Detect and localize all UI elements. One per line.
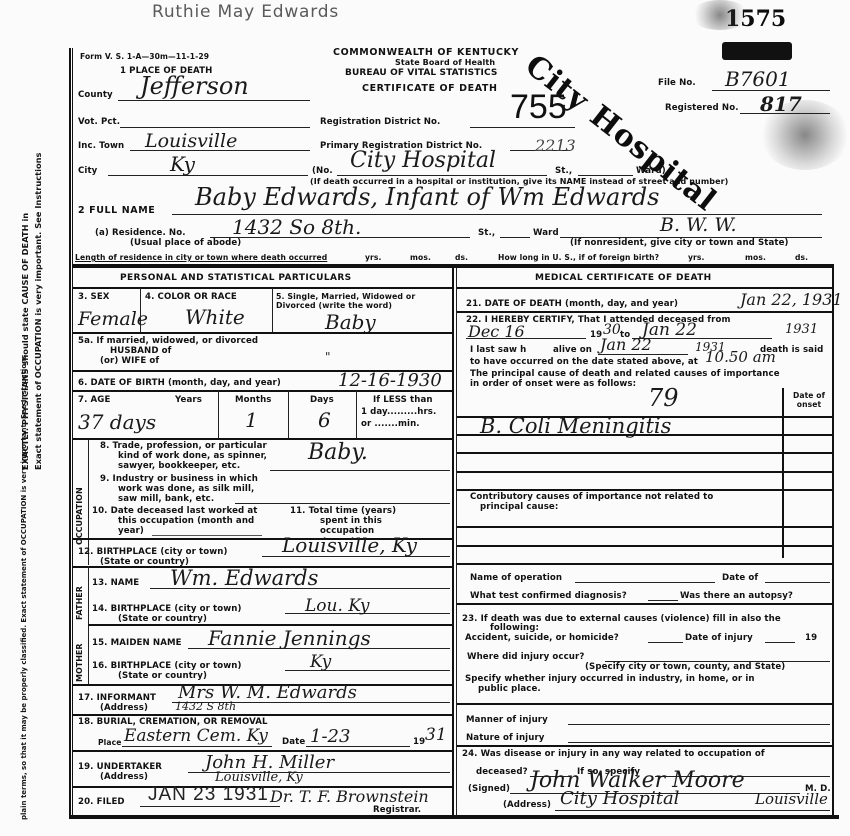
dod-value: Jan 22, 1931 [740, 290, 843, 309]
informant-address: 1432 S 8th [175, 700, 236, 713]
ward-label: Ward) [636, 166, 666, 176]
filed-label: 20. FILED [78, 797, 125, 807]
row-divider-4 [72, 438, 452, 440]
county-label: County [78, 90, 113, 100]
occupation-related-1: 24. Was disease or injury in any way rel… [462, 749, 765, 759]
personal-section-title: PERSONAL AND STATISTICAL PARTICULARS [120, 273, 352, 283]
informant-label: 17. INFORMANT [78, 693, 156, 703]
birthplace-value: Louisville, Ky [282, 533, 417, 557]
specify-label-2: public place. [478, 684, 541, 694]
undertaker-sub: (Address) [100, 772, 148, 782]
file-no-label: File No. [658, 78, 696, 88]
city-value: Ky [170, 152, 195, 176]
dod-label: 21. DATE OF DEATH (month, day, and year) [466, 299, 678, 309]
medical-divider-3 [457, 703, 832, 705]
marital-value: Baby [325, 310, 376, 334]
registered-no-label: Registered No. [665, 103, 739, 113]
no-label: (No. [312, 166, 333, 176]
residence-ward-label: Ward [533, 228, 559, 238]
father-name-label: 13. NAME [92, 578, 139, 588]
spouse-label-2: HUSBAND of [110, 346, 172, 356]
total-time-1: 11. Total time (years) [290, 506, 396, 516]
medical-divider-4 [457, 745, 832, 747]
foreign-yrs: yrs. [688, 253, 705, 262]
certificate-title: CERTIFICATE OF DEATH [362, 83, 498, 94]
contributory-label-2: principal cause: [480, 502, 558, 512]
race-value: White [185, 305, 245, 329]
smudge [690, 0, 750, 30]
registration-district-value: 755 [510, 88, 567, 127]
filed-value: JAN 23 1931 [148, 784, 269, 806]
row-divider-1 [72, 332, 452, 334]
residence-st-line [500, 237, 530, 238]
father-birthplace-value: Lou. Ky [305, 596, 370, 616]
ward-line [578, 175, 633, 176]
frame-left [69, 48, 71, 818]
days-value: 6 [318, 408, 331, 432]
total-time-2: spent in this [320, 516, 382, 526]
cause-line-3 [457, 452, 832, 454]
age-label: 7. AGE [78, 395, 110, 405]
operation-date-label: Date of [722, 573, 758, 583]
length-mos: mos. [410, 253, 431, 262]
manner-label: Manner of injury [466, 715, 548, 725]
length-yrs: yrs. [365, 253, 382, 262]
burial-place-line [122, 746, 272, 747]
no-value: City Hospital [350, 148, 496, 173]
address-line [555, 810, 830, 811]
residence-sub-label: (Usual place of abode) [130, 238, 241, 248]
county-value: Jefferson [140, 72, 249, 100]
marital-label: 5. Single, Married, Widowed or Divorced … [276, 292, 451, 310]
dob-label: 6. DATE OF BIRTH (month, day, and year) [78, 378, 281, 388]
spouse-value: " [325, 350, 331, 364]
industry-label-1: 9. Industry or business in which [100, 474, 258, 484]
accident-line [648, 642, 683, 643]
injury-date-label: Date of injury [685, 633, 753, 643]
contributory-line-1 [457, 526, 832, 528]
manner-line [568, 724, 830, 725]
last-worked-line [152, 535, 262, 536]
test-label: What test confirmed diagnosis? [470, 591, 627, 601]
residence-ward-value: B. W. W. [660, 214, 737, 236]
father-side-label: FATHER [75, 586, 84, 620]
vot-pct-label: Vot. Pct. [78, 117, 120, 127]
trade-value: Baby. [308, 440, 368, 465]
sex-race-divider [140, 288, 141, 332]
address-label: (Address) [503, 800, 551, 810]
registration-district-line [470, 127, 575, 128]
less-label-3: or .......min. [361, 419, 420, 429]
industry-line [235, 503, 450, 504]
days-label: Days [310, 395, 334, 405]
spouse-label-1: 5a. If married, widowed, or divorced [78, 336, 258, 346]
birthplace-label: 12. BIRTHPLACE (city or town) [78, 547, 228, 557]
specify-label-1: Specify whether injury occurred in indus… [465, 674, 755, 684]
from-line [466, 338, 586, 339]
last-saw-value: Jan 22 [600, 335, 652, 354]
mother-side-label: MOTHER [75, 643, 84, 682]
onset-divider [782, 388, 784, 558]
race-label: 4. COLOR OR RACE [145, 292, 237, 302]
external-label-2: following: [490, 623, 539, 633]
cause-line-5 [457, 489, 832, 491]
st-label: St., [555, 166, 572, 176]
burial-year-prefix: 19 [413, 737, 425, 747]
frame-bottom [69, 815, 839, 819]
mother-birthplace-label: 16. BIRTHPLACE (city or town) [92, 661, 242, 671]
length-ds: ds. [455, 253, 468, 262]
address-value: City Hospital [560, 788, 679, 809]
commonwealth-title: COMMONWEALTH OF KENTUCKY [333, 47, 519, 58]
registered-no-value: 817 [760, 92, 802, 116]
file-no-value: B7601 [725, 67, 791, 91]
burial-date-value: 1-23 [310, 726, 350, 747]
redacted-block [722, 42, 792, 60]
accident-label: Accident, suicide, or homicide? [465, 633, 619, 643]
age-value: 37 days [78, 410, 156, 434]
last-worked-3: year) [118, 526, 144, 536]
address-extra: Louisville [755, 790, 828, 808]
length-residence-label: Length of residence in city or town wher… [75, 253, 327, 262]
burial-place-label: Place [98, 738, 121, 747]
informant-sub: (Address) [100, 703, 148, 713]
trade-label-3: sawyer, bookkeeper, etc. [118, 461, 240, 471]
full-name-label: 2 FULL NAME [78, 205, 155, 216]
trade-line [270, 470, 450, 471]
cause-line-2 [457, 434, 832, 436]
age-years-divider [218, 391, 219, 438]
last-worked-1: 10. Date deceased last worked at [92, 506, 257, 516]
full-name-value: Baby Edwards, Infant of Wm Edwards [195, 183, 659, 211]
time-value: 10.50 am [705, 348, 776, 366]
mother-birthplace-sub: (State or country) [118, 671, 207, 681]
primary-district-value: 2213 [535, 136, 576, 155]
no-line [337, 175, 547, 176]
where-label: Where did injury occur? [467, 652, 584, 662]
medical-divider-1 [457, 311, 832, 313]
foreign-ds: ds. [795, 253, 808, 262]
frame-right [832, 268, 834, 815]
registrar-label: Registrar. [373, 805, 421, 815]
vot-pct-line [120, 127, 310, 128]
city-line [108, 175, 308, 176]
residence-st-label: St., [478, 228, 495, 238]
years-label: Years [175, 395, 202, 405]
cause-line-4 [457, 471, 832, 473]
margin-instructions-3: plain terms, so that it may be properly … [20, 355, 28, 820]
last-worked-2: this occupation (month and [118, 516, 254, 526]
mother-birthplace-value: Ky [310, 652, 331, 672]
board-of-health: State Board of Health [395, 58, 495, 67]
operation-line [575, 582, 715, 583]
margin-instructions-2: Exact statement of OCCUPATION is very im… [33, 153, 43, 471]
nature-label: Nature of injury [466, 733, 544, 743]
signed-label: (Signed) [468, 784, 510, 794]
registrar-signature: Dr. T. F. Brownstein [270, 787, 429, 806]
father-birthplace-label: 14. BIRTHPLACE (city or town) [92, 604, 242, 614]
personal-title-divider [72, 287, 452, 289]
less-label-1: If LESS than [373, 395, 433, 405]
bureau-title: BUREAU OF VITAL STATISTICS [345, 68, 497, 78]
undertaker-label: 19. UNDERTAKER [78, 762, 162, 772]
spouse-label-3: (or) WIFE of [100, 356, 159, 366]
injury-year-label: 19 [805, 633, 817, 643]
nature-line [568, 742, 830, 743]
less-label-2: 1 day.........hrs. [361, 407, 436, 417]
occupation-side-label: OCCUPATION [75, 487, 84, 545]
industry-label-3: saw mill, bank, etc. [118, 494, 214, 504]
residence-value: 1432 So 8th. [232, 215, 361, 239]
registration-district-label: Registration District No. [320, 117, 440, 127]
father-birthplace-sub: (State or country) [118, 614, 207, 624]
burial-date-label: Date [282, 737, 305, 747]
last-saw-label: I last saw h [470, 345, 526, 355]
pencil-annotation: Ruthie May Edwards [152, 2, 339, 22]
contributory-line-3 [457, 563, 832, 565]
to-year: 1931 [785, 322, 818, 337]
undertaker-address: Louisville, Ky [215, 770, 303, 785]
autopsy-label: Was there an autopsy? [680, 591, 793, 601]
sex-value: Female [78, 308, 148, 330]
row-divider-3 [72, 390, 452, 392]
contributory-line-2 [457, 545, 832, 547]
inc-town-label: Inc. Town [78, 141, 124, 151]
sex-label: 3. SEX [78, 292, 110, 302]
where-sub: (Specify city or town, county, and State… [585, 662, 785, 672]
race-marital-divider [272, 288, 273, 332]
column-divider [452, 268, 454, 815]
cause-label-2: in order of onset were as follows: [470, 379, 636, 389]
cause-code: 79 [648, 384, 679, 412]
cause-label-1: The principal cause of death and related… [470, 369, 780, 379]
father-name-value: Wm. Edwards [170, 566, 318, 590]
test-line [648, 600, 678, 601]
frame-left-inner [72, 48, 73, 818]
city-label: City [78, 166, 97, 176]
column-divider-inner [456, 268, 457, 815]
burial-year-value: 31 [425, 725, 447, 745]
row-divider-8 [72, 714, 452, 716]
burial-place-value: Eastern Cem. Ky [124, 726, 268, 746]
mother-maiden-label: 15. MAIDEN NAME [92, 638, 182, 648]
industry-label-2: work was done, as silk mill, [118, 484, 254, 494]
injury-date-line [765, 642, 795, 643]
medical-section-title: MEDICAL CERTIFICATE OF DEATH [535, 273, 712, 283]
county-line [118, 100, 310, 101]
trade-label-2: kind of work done, as spinner, [118, 451, 267, 461]
nonresident-note: (If nonresident, give city or town and S… [570, 238, 789, 248]
days-less-divider [356, 391, 357, 438]
occurred-label: to have occurred on the date stated abov… [470, 357, 698, 367]
dob-value: 12-16-1930 [338, 370, 442, 391]
residence-label: (a) Residence. No. [95, 228, 186, 238]
inc-town-value: Louisville [145, 130, 237, 152]
occupation-related-2: deceased? [476, 767, 528, 777]
last-saw-line [598, 354, 688, 355]
mother-maiden-value: Fannie Jennings [208, 626, 371, 650]
trade-label-1: 8. Trade, profession, or particular [100, 441, 267, 451]
date-of-onset-label: Date of onset [790, 391, 828, 409]
filed-line [140, 806, 280, 807]
foreign-mos: mos. [745, 253, 766, 262]
months-label: Months [235, 395, 272, 405]
months-days-divider [288, 391, 289, 438]
medical-title-divider [457, 287, 832, 289]
contributory-label-1: Contributory causes of importance not re… [470, 492, 713, 502]
operation-date-line [765, 582, 830, 583]
operation-label: Name of operation [470, 573, 562, 583]
alive-label: alive on [553, 345, 592, 355]
medical-divider-2 [457, 603, 832, 605]
foreign-label: How long in U. S., if of foreign birth? [498, 253, 659, 262]
months-value: 1 [245, 408, 258, 432]
form-number: Form V. S. 1-A—30m—11-1-29 [80, 52, 209, 61]
